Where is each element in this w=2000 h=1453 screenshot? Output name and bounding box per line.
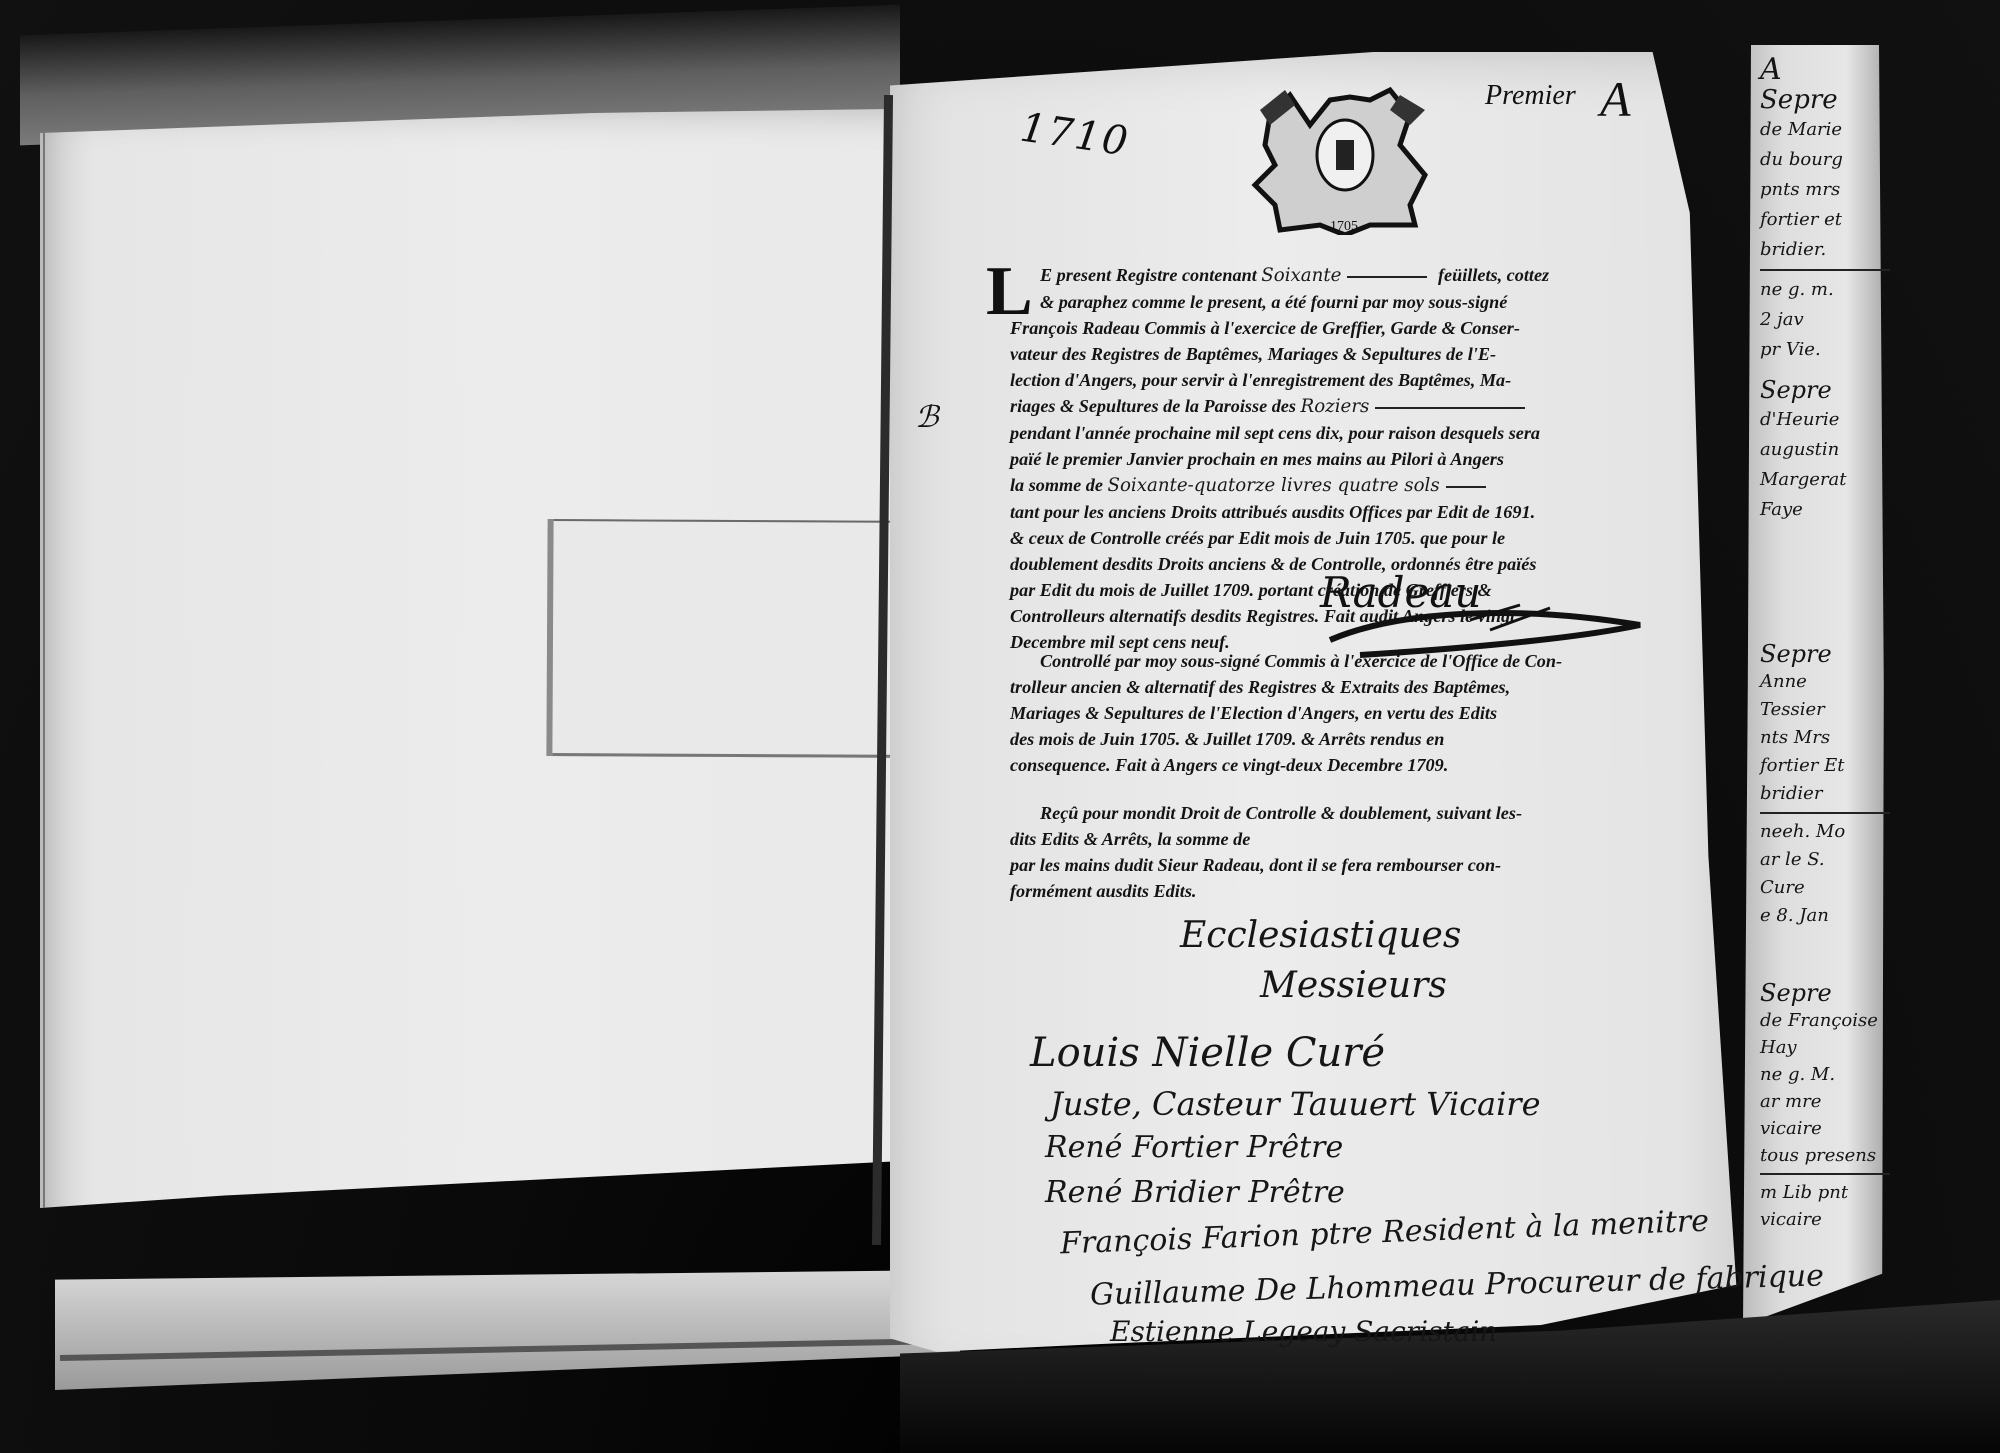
control-line: Controllé par moy sous-signé Commis à l'…	[1010, 648, 1570, 674]
seal-icon	[1250, 85, 1440, 235]
folio-mark: A	[1600, 70, 1631, 128]
margin-note-block-1: A Sepre de Marie du bourg pnts mrs forti…	[1760, 55, 1900, 365]
margin-initial-mark: ℬ	[915, 400, 939, 435]
handwritten-parish: Roziers	[1301, 396, 1370, 417]
heading-messieurs: Messieurs	[1260, 965, 1447, 1006]
page-edge	[43, 118, 45, 1218]
heading-ecclesiastiques: Ecclesiastiques	[1180, 915, 1461, 956]
decl-line: riages & Sepultures de la Paroisse des R…	[1010, 393, 1570, 420]
handwritten-feuillets: Soixante	[1261, 265, 1341, 286]
receipt-line: par les mains dudit Sieur Radeau, dont i…	[1010, 852, 1570, 878]
decl-line: la somme de Soixante-quatorze livres qua…	[1010, 472, 1570, 499]
margin-note-block-4: Sepre de Françoise Hay ne g. M. ar mre v…	[1760, 980, 1900, 1233]
decl-line: E present Registre contenant Soixante fe…	[1010, 262, 1570, 289]
decl-line: pendant l'année prochaine mil sept cens …	[1010, 420, 1570, 446]
receipt-line: dits Edits & Arrêts, la somme de	[1010, 826, 1570, 852]
header-premier: Premier	[1485, 80, 1576, 112]
fill-rule	[1375, 407, 1525, 409]
divider	[1760, 1173, 1890, 1175]
printed-declaration: E present Registre contenant Soixante fe…	[1010, 262, 1570, 655]
decl-line: François Radeau Commis à l'exercice de G…	[1010, 315, 1570, 341]
fill-rule	[1347, 276, 1427, 278]
clergy-entry: Estienne Legeay Sacristain	[1110, 1315, 1497, 1348]
seal-year: 1705	[1330, 219, 1358, 235]
decl-line: païé le premier Janvier prochain en mes …	[1010, 446, 1570, 472]
receipt-paragraph: Reçû pour mondit Droit de Controlle & do…	[1010, 800, 1570, 904]
decl-line: vateur des Registres de Baptêmes, Mariag…	[1010, 341, 1570, 367]
control-line: Mariages & Sepultures de l'Election d'An…	[1010, 700, 1570, 726]
decl-line: & paraphez comme le present, a été fourn…	[1010, 289, 1570, 315]
divider	[1760, 269, 1890, 271]
decl-line: lection d'Angers, pour servir à l'enregi…	[1010, 367, 1570, 393]
tax-stamp-seal: GEN.DE ... BAILLIE 1705	[1250, 85, 1440, 235]
pasted-slip	[552, 519, 923, 758]
clergy-entry: Louis Nielle Curé	[1030, 1030, 1385, 1076]
margin-note-block-3: Sepre Anne Tessier nts Mrs fortier Et br…	[1760, 640, 1900, 930]
receipt-line: Reçû pour mondit Droit de Controlle & do…	[1010, 800, 1570, 826]
control-line: trolleur ancien & alternatif des Registr…	[1010, 674, 1570, 700]
decl-line: doublement desdits Droits anciens & de C…	[1010, 551, 1570, 577]
decl-line: & ceux de Controlle créés par Edit mois …	[1010, 525, 1570, 551]
handwritten-sum: Soixante-quatorze livres quatre sols	[1108, 475, 1440, 496]
decl-line: tant pour les anciens Droits attribués a…	[1010, 499, 1570, 525]
margin-note-block-2: Sepre d'Heurie augustin Margerat Faye	[1760, 375, 1900, 525]
control-line: des mois de Juin 1705. & Juillet 1709. &…	[1010, 726, 1570, 752]
clergy-entry: Juste, Casteur Tauuert Vicaire	[1050, 1085, 1541, 1123]
clergy-entry: René Bridier Prêtre	[1045, 1175, 1345, 1210]
control-line: consequence. Fait à Angers ce vingt-deux…	[1010, 752, 1570, 778]
control-paragraph: Controllé par moy sous-signé Commis à l'…	[1010, 648, 1570, 778]
receipt-line: formément ausdits Edits.	[1010, 878, 1570, 904]
fill-rule	[1446, 486, 1486, 488]
clergy-entry: René Fortier Prêtre	[1045, 1130, 1343, 1165]
divider	[1760, 812, 1890, 814]
